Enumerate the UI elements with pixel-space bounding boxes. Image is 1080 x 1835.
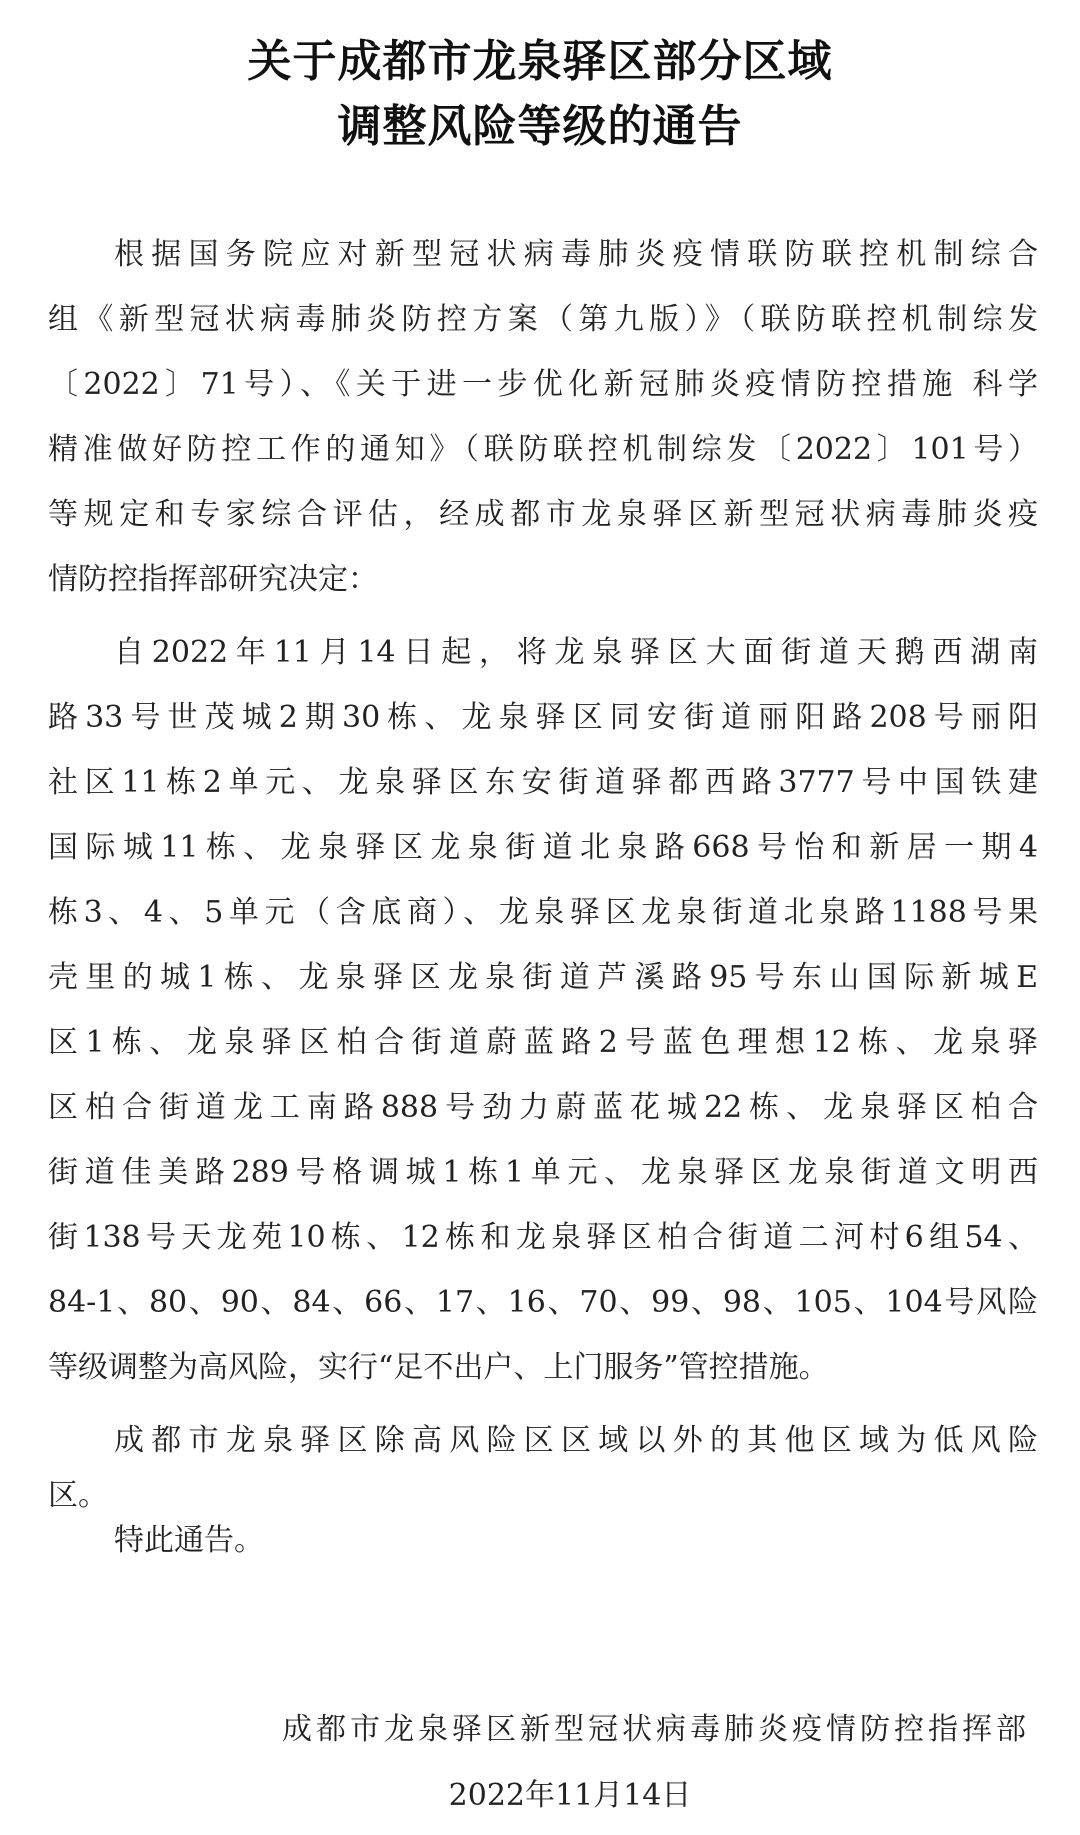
text-line: 社区11栋2单元、龙泉驿区东安街道驿都西路3777号中国铁建 <box>48 750 1038 815</box>
document-title-line-2: 调整风险等级的通告 <box>0 97 1080 157</box>
signature-organization: 成都市龙泉驿区新型冠状病毒肺炎疫情防控指挥部 <box>240 1700 1030 1760</box>
text-line: 路33号世茂城2期30栋、龙泉驿区同安街道丽阳路208号丽阳 <box>48 685 1038 750</box>
document-title-line-1: 关于成都市龙泉驿区部分区域 <box>0 32 1080 92</box>
text-line: 街道佳美路289号格调城1栋1单元、龙泉驿区龙泉街道文明西 <box>48 1140 1038 1205</box>
text-line: 壳里的城1栋、龙泉驿区龙泉街道芦溪路95号东山国际新城E <box>48 945 1038 1010</box>
text-line: 84-1、80、90、84、66、17、16、70、99、98、105、104号… <box>48 1270 1038 1335</box>
text-line: 情防控指挥部研究决定： <box>48 547 1038 612</box>
text-line: 国际城11栋、龙泉驿区龙泉街道北泉路668号怡和新居一期4 <box>48 815 1038 880</box>
text-line: 栋3、4、5单元（含底商）、龙泉驿区龙泉街道北泉路1188号果 <box>48 880 1038 945</box>
text-line: 等级调整为高风险，实行“足不出户、上门服务”管控措施。 <box>48 1335 1038 1400</box>
text-line: 特此通告。 <box>114 1508 1038 1573</box>
text-line: 〔2022〕71号）、《关于进一步优化新冠肺炎疫情防控措施 科学 <box>48 352 1038 417</box>
text-line: 街138号天龙苑10栋、12栋和龙泉驿区柏合街道二河村6组54、 <box>48 1205 1038 1270</box>
text-line: 根据国务院应对新型冠状病毒肺炎疫情联防联控机制综合 <box>114 222 1038 287</box>
text-line: 自2022年11月14日起，将龙泉驿区大面街道天鹅西湖南 <box>114 620 1038 685</box>
signature-date: 2022年11月14日 <box>0 1766 1080 1826</box>
text-line: 组《新型冠状病毒肺炎防控方案（第九版）》（联防联控机制综发 <box>48 287 1038 352</box>
text-line: 区柏合街道龙工南路888号劲力蔚蓝花城22栋、龙泉驿区柏合 <box>48 1075 1038 1140</box>
text-line: 等规定和专家综合评估，经成都市龙泉驿区新型冠状病毒肺炎疫 <box>48 482 1038 547</box>
text-line: 精准做好防控工作的通知》（联防联控机制综发〔2022〕101号） <box>48 417 1038 482</box>
text-line: 区1栋、龙泉驿区柏合街道蔚蓝路2号蓝色理想12栋、龙泉驿 <box>48 1010 1038 1075</box>
